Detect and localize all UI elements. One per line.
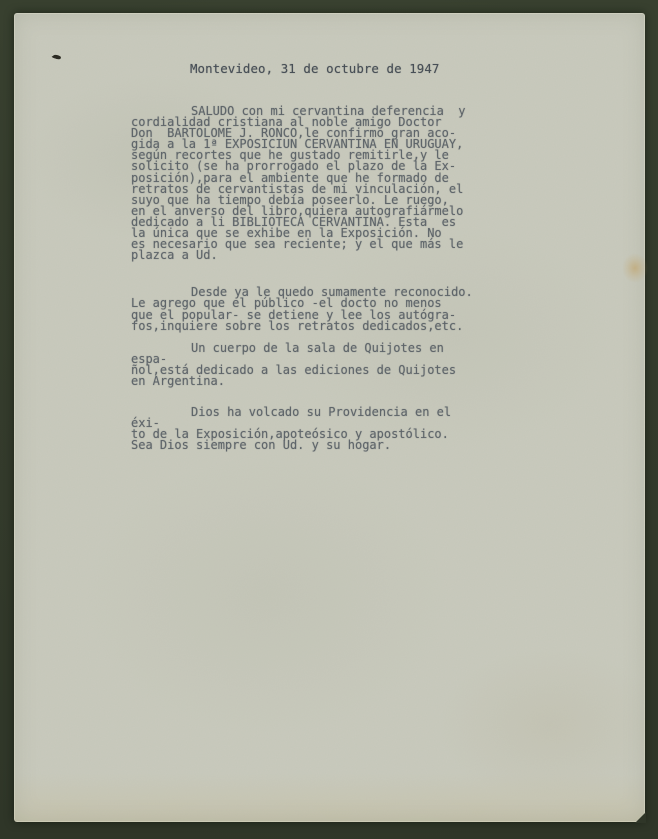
- letter-paragraph-4: Dios ha volcado su Providencia en el éxi…: [131, 407, 487, 451]
- letter-page: Montevideo, 31 de octubre de 1947 SALUDO…: [14, 13, 645, 822]
- letter-body: SALUDO con mi cervantina deferencia y co…: [131, 106, 487, 451]
- paper-stain: [622, 253, 648, 283]
- date-line: Montevideo, 31 de octubre de 1947: [190, 62, 439, 76]
- scan-background: Montevideo, 31 de octubre de 1947 SALUDO…: [0, 0, 658, 839]
- letter-paragraph-2: Desde ya le quedo sumamente reconocido. …: [131, 287, 487, 331]
- corner-notch: [635, 812, 646, 823]
- letter-paragraph-1: SALUDO con mi cervantina deferencia y co…: [131, 106, 487, 261]
- letter-paragraph-3: Un cuerpo de la sala de Quijotes en espa…: [131, 343, 487, 387]
- ink-speck: [53, 54, 62, 60]
